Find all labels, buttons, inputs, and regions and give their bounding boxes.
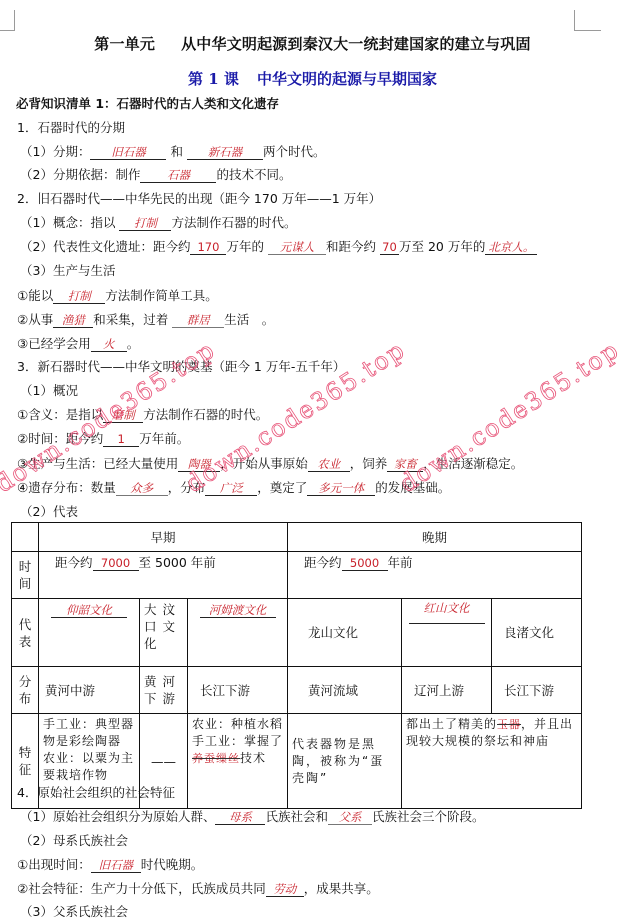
row-label-time: 时间 [12,552,39,599]
lesson-title-text: 中华文明的起源与早期国家 [257,70,437,88]
answer-blank: 70 [380,240,399,255]
dist-yangshao: 黄河中游 [39,667,140,714]
answer-blank: 红山文化 [409,601,485,624]
header-late: 晚期 [288,523,582,552]
feat-hemudu: 农业：种植水稻手工业：掌握了养蚕缫丝技术 [188,714,288,809]
answer-blank: 广泛 [205,481,257,496]
page-corner-mark [574,10,601,31]
table-row-time: 时间 距今约7000至 5000 年前 距今约5000年前 [12,552,582,599]
dist-hongshan: 辽河上游 [402,667,492,714]
answer-blank: 打制 [119,216,171,231]
answer-blank: 170 [190,240,226,255]
s4-p2: （2）母系氏族社会 [20,833,128,849]
section-2-title: 2．旧石器时代——中华先民的出现（距今 170 万年——1 万年） [17,191,381,207]
answer-blank: 旧石器 [90,145,166,160]
answer-blank: 磨制 [103,408,143,423]
section-4-title: 4．原始社会组织的社会特征 [17,785,175,801]
time-late: 距今约5000年前 [288,552,582,599]
rep-liangzhu: 良渚文化 [492,599,582,667]
s4-p3: （3）父系氏族社会 [20,904,128,920]
s4-item-1: ①出现时间：旧石器时代晚期。 [17,857,203,873]
answer-blank: 陶器 [178,457,220,472]
answer-blank: 石器 [140,168,216,183]
answer-blank: 父系 [328,810,372,825]
rep-hemudu: 河姆渡文化 [188,599,288,667]
s3-p1: （1）概况 [20,383,78,399]
answer-blank: 仰韶文化 [51,603,127,618]
rep-dawenkou: 大汶口文化 [140,599,188,667]
answer-blank: 多元一体 [307,481,375,496]
answer-blank: 玉器 [497,718,521,731]
s2-p3: （3）生产与生活 [20,263,115,279]
table-row-representative: 代表 仰韶文化 大汶口文化 河姆渡文化 龙山文化 红山文化 良渚文化 [12,599,582,667]
dist-longshan: 黄河流域 [288,667,402,714]
table-header-row: 早期 晚期 [12,523,582,552]
s2-item-3: ③已经学会用火。 [17,336,139,352]
row-label-distribution: 分布 [12,667,39,714]
answer-blank: 河姆渡文化 [200,603,276,618]
rep-longshan: 龙山文化 [288,599,402,667]
s3-item-2: ②时间：距今约1万年前。 [17,431,189,447]
s4-item-2: ②社会特征：生产力十分低下，氏族成员共同劳动，成果共享。 [17,881,379,897]
section-1-title: 1．石器时代的分期 [17,120,125,136]
lesson-title: 第 1 课中华文明的起源与早期国家 [0,68,625,89]
unit-label: 第一单元 [94,35,155,53]
checklist-title: 必背知识清单 1：石器时代的古人类和文化遗存 [16,96,279,112]
s2-p2: （2）代表性文化遗址：距今约170万年的 元谋人和距今约 70万至 20 万年的… [20,239,537,255]
s2-p1: （1）概念：指以 打制方法制作石器的时代。 [20,215,296,231]
feat-hongshan-liangzhu: 都出土了精美的玉器，并且出现较大规模的祭坛和神庙 [402,714,582,809]
answer-blank: 北京人。 [485,240,537,255]
answer-blank: 7000 [93,556,139,571]
page-corner-mark [0,10,15,31]
answer-blank: 1 [103,432,139,447]
s2-item-1: ①能以打制方法制作简单工具。 [17,288,218,304]
feat-longshan: 代表器物是黑陶，被称为“蛋壳陶” [288,714,402,809]
answer-blank: 元谋人 [268,240,326,255]
table-row-distribution: 分布 黄河中游 黄河下游 长江下游 黄河流域 辽河上游 长江下游 [12,667,582,714]
answer-blank: 劳动 [266,882,304,897]
s1-p1: （1）分期：旧石器 和 新石器两个时代。 [20,144,325,160]
s4-p1: （1）原始社会组织分为原始人群、母系氏族社会和父系氏族社会三个阶段。 [20,809,485,825]
answer-blank: 群居 [172,313,224,328]
dist-dawenkou: 黄河下游 [140,667,188,714]
answer-blank: 众多 [116,481,168,496]
s2-item-2: ②从事渔猎和采集，过着 群居生活 。 [17,312,274,328]
answer-blank: 打制 [53,289,105,304]
answer-blank: 5000 [342,556,388,571]
table-corner-cell [12,523,39,552]
answer-blank: 旧石器 [91,858,141,873]
neolithic-culture-table: 早期 晚期 时间 距今约7000至 5000 年前 距今约5000年前 代表 仰… [11,522,582,809]
dist-hemudu: 长江下游 [188,667,288,714]
unit-title-text: 从中华文明起源到秦汉大一统封建国家的建立与巩固 [181,35,531,53]
lesson-label: 第 1 课 [188,70,239,88]
answer-blank: 母系 [215,810,265,825]
answer-blank: 火 [91,337,127,352]
answer-blank: 渔猎 [53,313,93,328]
unit-title: 第一单元从中华文明起源到秦汉大一统封建国家的建立与巩固 [0,33,625,54]
answer-blank: 新石器 [187,145,263,160]
s1-p2: （2）分期依据：制作石器的技术不同。 [20,167,291,183]
dist-liangzhu: 长江下游 [492,667,582,714]
rep-yangshao: 仰韶文化 [39,599,140,667]
section-3-title: 3．新石器时代——中华文明的奠基（距今 1 万年-五千年） [17,359,345,375]
s3-item-1: ①含义：是指以磨制方法制作石器的时代。 [17,407,268,423]
answer-blank: 家畜 [387,457,423,472]
row-label-representative: 代表 [12,599,39,667]
rep-hongshan: 红山文化 [402,599,492,667]
answer-blank: 农业 [308,457,350,472]
header-early: 早期 [39,523,288,552]
answer-blank: 养蚕缫丝 [192,752,240,765]
s3-item-3: ③生产与生活：已经大量使用陶器，开始从事原始农业，饲养家畜，生活逐渐稳定。 [17,456,523,472]
s3-item-4: ④遗存分布：数量众多，分布广泛，奠定了多元一体的发展基础。 [17,480,450,496]
time-early: 距今约7000至 5000 年前 [39,552,288,599]
s3-p2: （2）代表 [20,504,78,520]
watermark: down.code365.top [395,335,625,498]
